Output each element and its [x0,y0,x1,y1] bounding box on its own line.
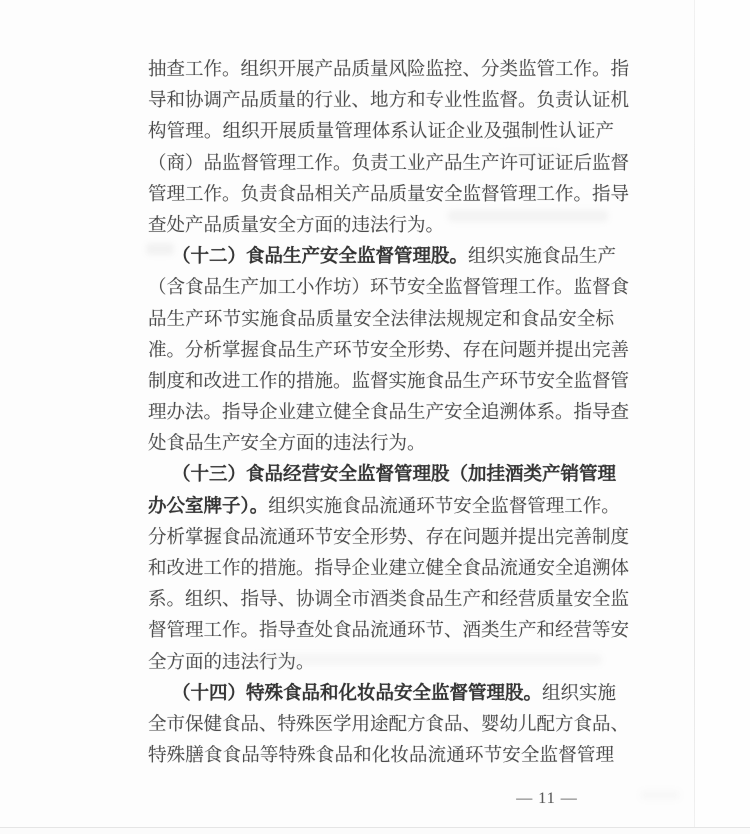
text-segment: 组织实施食品生产 [468,247,616,267]
text-segment: 和改进工作的措施。指导企业建立健全食品流通安全追溯体 [148,559,629,579]
text-line: 处食品生产安全方面的违法行为。 [148,429,614,460]
text-segment: 管理工作。负责食品相关产品质量安全监督管理工作。指导 [148,185,629,205]
scan-smudge [252,654,602,665]
heading-segment: 办公室牌子）。 [148,497,268,517]
text-segment: 处食品生产安全方面的违法行为。 [148,434,426,454]
page-number: — 11 — [512,790,582,808]
scanned-document-page: 抽查工作。组织开展产品质量风险监控、分类监管工作。指导和协调产品质量的行业、地方… [0,0,750,834]
scan-right-margin [695,0,750,827]
heading-segment: （十三）食品经营安全监督管理股（加挂酒类产销管理 [172,465,616,485]
text-line: 制度和改进工作的措施。监督实施食品生产环节安全监督管 [148,367,614,398]
text-line: 抽查工作。组织开展产品质量风险监控、分类监管工作。指 [148,55,614,86]
text-segment: 准。分析掌握食品生产环节安全形势、存在问题并提出完善 [148,341,629,361]
text-segment: 督管理工作。指导查处食品流通环节、酒类生产和经营等安 [148,621,629,641]
text-segment: 品生产环节实施食品质量安全法律法规规定和食品安全标 [148,310,614,330]
scan-bottom-margin [0,828,750,834]
text-line: 全市保健食品、特殊医学用途配方食品、婴幼儿配方食品、 [148,710,614,741]
text-segment: 制度和改进工作的措施。监督实施食品生产环节安全监督管 [148,372,629,392]
text-line: 导和协调产品质量的行业、地方和专业性监督。负责认证机 [148,86,614,117]
text-segment: 系。组织、指导、协调全市酒类食品生产和经营质量安全监 [148,590,629,610]
text-line: 和改进工作的措施。指导企业建立健全食品流通安全追溯体 [148,554,614,585]
text-line: （十二）食品生产安全监督管理股。组织实施食品生产 [148,242,614,273]
text-segment: （含食品生产加工小作坊）环节安全监督管理工作。监督食 [148,278,629,298]
text-line: 系。组织、指导、协调全市酒类食品生产和经营质量安全监 [148,585,614,616]
text-line: （十三）食品经营安全监督管理股（加挂酒类产销管理 [148,460,614,491]
scan-smudge [500,152,560,160]
text-segment: 理办法。指导企业建立健全食品生产安全追溯体系。指导查 [148,403,629,423]
text-line: （含食品生产加工小作坊）环节安全监督管理工作。监督食 [148,273,614,304]
text-segment: 全市保健食品、特殊医学用途配方食品、婴幼儿配方食品、 [148,715,629,735]
page-edge-line-vertical [694,0,695,828]
text-segment: 特殊膳食食品等特殊食品和化妆品流通环节安全监督管理 [148,746,614,766]
text-line: 分析掌握食品流通环节安全形势、存在问题并提出完善制度 [148,523,614,554]
heading-segment: （十二）食品生产安全监督管理股。 [172,247,468,267]
text-line: 理办法。指导企业建立健全食品生产安全追溯体系。指导查 [148,398,614,429]
text-line: 构管理。组织开展质量管理体系认证企业及强制性认证产 [148,117,614,148]
text-line: 准。分析掌握食品生产环节安全形势、存在问题并提出完善 [148,336,614,367]
text-line: 办公室牌子）。组织实施食品流通环节安全监督管理工作。 [148,492,614,523]
text-line: 品生产环节实施食品质量安全法律法规规定和食品安全标 [148,305,614,336]
heading-segment: （十四）特殊食品和化妆品安全监督管理股。 [172,684,542,704]
text-segment: 组织实施 [542,684,616,704]
text-segment: 构管理。组织开展质量管理体系认证企业及强制性认证产 [148,122,614,142]
text-segment: 查处产品质量安全方面的违法行为。 [148,216,444,236]
text-line: 管理工作。负责食品相关产品质量安全监督管理工作。指导 [148,180,614,211]
scan-smudge [146,243,174,255]
text-segment: 组织实施食品流通环节安全监督管理工作。 [268,497,620,517]
text-segment: 抽查工作。组织开展产品质量风险监控、分类监管工作。指 [148,60,629,80]
text-segment: 分析掌握食品流通环节安全形势、存在问题并提出完善制度 [148,528,629,548]
scan-smudge [448,210,608,222]
text-line: 督管理工作。指导查处食品流通环节、酒类生产和经营等安 [148,616,614,647]
text-segment: 导和协调产品质量的行业、地方和专业性监督。负责认证机 [148,91,629,111]
scan-smudge [640,790,680,800]
text-line: （十四）特殊食品和化妆品安全监督管理股。组织实施 [148,679,614,710]
page-edge-line-horizontal [0,827,750,828]
text-line: 特殊膳食食品等特殊食品和化妆品流通环节安全监督管理 [148,741,614,772]
